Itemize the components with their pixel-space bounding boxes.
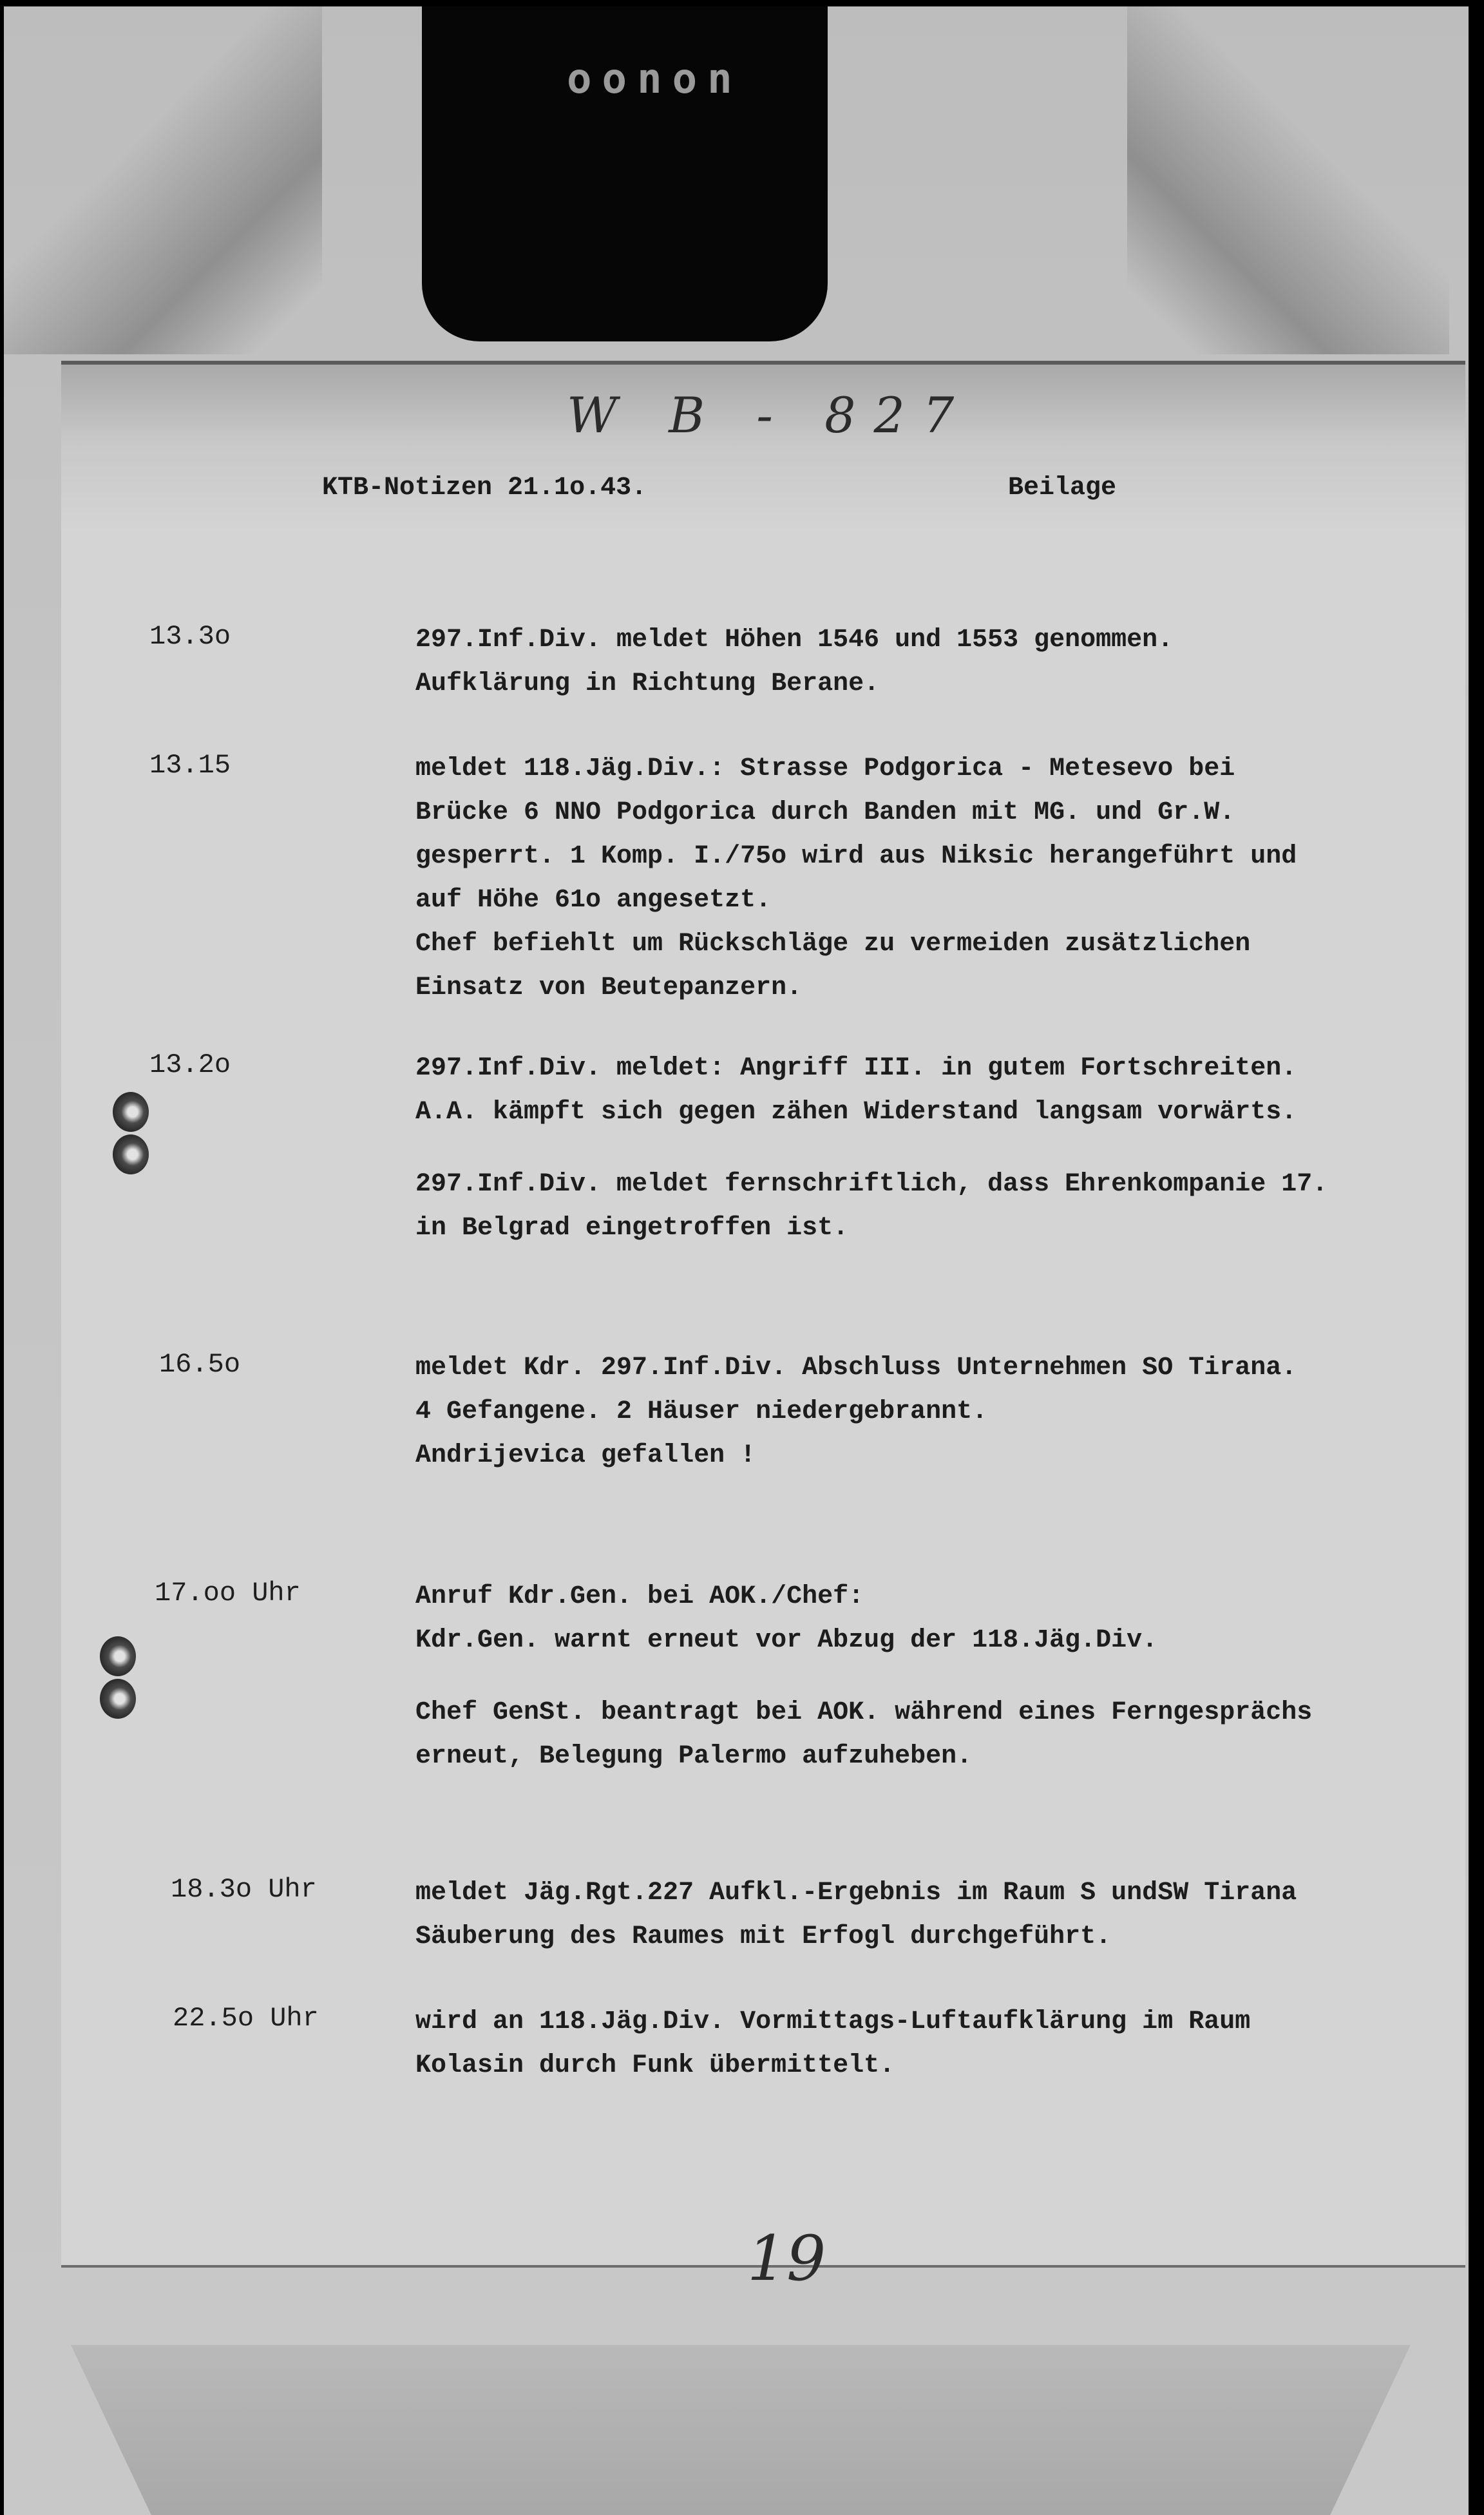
entry-line: meldet Jäg.Rgt.227 Aufkl.-Ergebnis im Ra… [415,1871,1297,1915]
entry-line: 297.Inf.Div. meldet: Angriff III. in gut… [415,1047,1327,1091]
entry-line: Säuberung des Raumes mit Erfogl durchgef… [415,1915,1297,1959]
entry-time: 13.3o [149,621,231,652]
entry-time: 22.5o Uhr [173,2003,319,2034]
folder-fold-right [1127,6,1449,354]
entry-line: auf Höhe 61o angesetzt. [415,879,1297,923]
entry-line: 4 Gefangene. 2 Häuser niedergebrannt. [415,1390,1297,1434]
entry-time: 18.3o Uhr [171,1874,317,1905]
entry-line: 297.Inf.Div. meldet Höhen 1546 und 1553 … [415,618,1173,662]
film-edge-left [0,0,4,2515]
entry-text: meldet 118.Jäg.Div.: Strasse Podgorica -… [415,747,1297,1010]
punch-hole-mark [113,1092,151,1182]
entry-line: Aufklärung in Richtung Berane. [415,662,1173,706]
entry-text: Anruf Kdr.Gen. bei AOK./Chef: Kdr.Gen. w… [415,1575,1312,1779]
binder-clip-label: oonon [567,57,902,102]
punch-hole-mark [100,1636,138,1726]
entry-line: wird an 118.Jäg.Div. Vormittags-Luftaufk… [415,2000,1250,2044]
entry-line: 297.Inf.Div. meldet fernschriftlich, das… [415,1163,1327,1207]
entry-line: Kolasin durch Funk übermittelt. [415,2044,1250,2088]
entry-text: wird an 118.Jäg.Div. Vormittags-Luftaufk… [415,2000,1250,2088]
page-number: 19 [747,2223,826,2295]
film-edge-right [1469,0,1484,2515]
entry-line: meldet Kdr. 297.Inf.Div. Abschluss Unter… [415,1346,1297,1390]
entry-line: Chef befiehlt um Rückschläge zu vermeide… [415,923,1297,966]
entry-line: Andrijevica gefallen ! [415,1434,1297,1478]
entry-line: Einsatz von Beutepanzern. [415,966,1297,1010]
entry-line: Brücke 6 NNO Podgorica durch Banden mit … [415,791,1297,835]
document-label-beilage: Beilage [1008,473,1116,502]
entry-line: meldet 118.Jäg.Div.: Strasse Podgorica -… [415,747,1297,791]
entry-line: A.A. kämpft sich gegen zähen Widerstand … [415,1091,1327,1134]
entry-line: in Belgrad eingetroffen ist. [415,1207,1327,1250]
entry-text: 297.Inf.Div. meldet Höhen 1546 und 1553 … [415,618,1173,706]
document-title: KTB-Notizen 21.1o.43. [322,473,647,502]
entry-text: 297.Inf.Div. meldet: Angriff III. in gut… [415,1047,1327,1250]
entry-line: Chef GenSt. beantragt bei AOK. während e… [415,1691,1312,1735]
entry-line: erneut, Belegung Palermo aufzuheben. [415,1735,1312,1779]
entry-time: 13.2o [149,1049,231,1080]
entry-time: 16.5o [159,1349,240,1380]
entry-text: meldet Jäg.Rgt.227 Aufkl.-Ergebnis im Ra… [415,1871,1297,1959]
folder-fold-left [0,6,322,354]
entry-text: meldet Kdr. 297.Inf.Div. Abschluss Unter… [415,1346,1297,1478]
entry-line: Kdr.Gen. warnt erneut vor Abzug der 118.… [415,1619,1312,1663]
entry-line: Anruf Kdr.Gen. bei AOK./Chef: [415,1575,1312,1619]
entry-line: gesperrt. 1 Komp. I./75o wird aus Niksic… [415,835,1297,879]
entry-time: 17.oo Uhr [155,1578,301,1609]
folder-lower-flap [71,2345,1411,2515]
entry-time: 13.15 [149,750,231,781]
archive-reference-code: W B - 827 [567,387,972,444]
